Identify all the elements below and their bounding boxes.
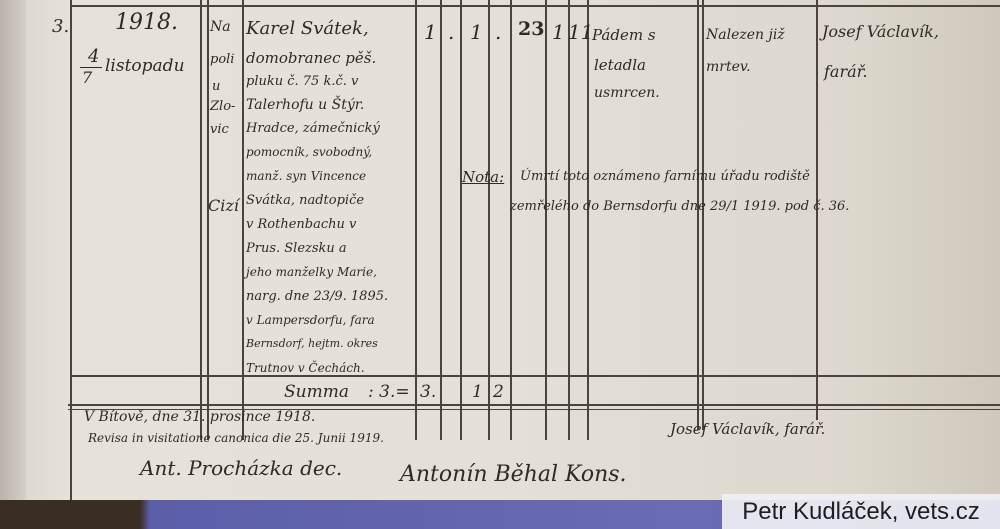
deceased-line: Svátka, nadtopiče	[246, 194, 364, 207]
summary-label: Summa	[284, 384, 349, 401]
place-line: vic	[210, 123, 229, 136]
priest-name: Josef Václavík,	[822, 24, 939, 40]
column-rule	[510, 0, 512, 440]
column-rule	[460, 0, 462, 440]
column-rule	[200, 0, 202, 440]
place-line: Na	[210, 20, 231, 34]
deceased-line: Trutnov v Čechách.	[246, 362, 365, 374]
register-page: 3. 1918. 4 7 listopadu Na poli u Zlo- vi…	[0, 0, 1000, 512]
column-rule	[587, 0, 589, 440]
deceased-line: Karel Svátek,	[246, 20, 369, 38]
deceased-line: manž. syn Vincence	[246, 170, 366, 182]
column-rule	[207, 0, 209, 440]
numeric-cell: .	[495, 22, 501, 42]
column-rule	[545, 0, 547, 440]
cause-line: usmrcen.	[594, 86, 660, 100]
death-time: 7	[82, 70, 92, 86]
summary-top-rule	[70, 375, 1000, 377]
summary-value: 1	[472, 384, 483, 401]
deceased-line: domobranec pěš.	[246, 51, 376, 66]
priest-title: farář.	[824, 64, 868, 80]
column-rule	[242, 0, 244, 440]
summary-value: 3.	[420, 384, 436, 401]
remarks-line: mrtev.	[706, 60, 751, 74]
entry-year: 1918.	[115, 12, 178, 34]
signature-consultor: Antonín Běhal Kons.	[400, 464, 627, 486]
deceased-line: Bernsdorf, hejtm. okres	[246, 338, 378, 349]
column-rule	[415, 0, 417, 440]
deceased-line: Talerhofu u Štýr.	[246, 98, 364, 112]
photo-credit: Petr Kudláček, vets.cz	[722, 494, 1000, 529]
column-rule	[568, 0, 570, 440]
numeric-cell: .	[448, 22, 454, 42]
deceased-line: jeho manželky Marie,	[246, 266, 377, 278]
numeric-cell: 11	[568, 22, 593, 42]
numeric-cell: 1	[552, 22, 565, 42]
summary-value: : 3.=	[368, 384, 410, 401]
summary-value: 2	[493, 384, 504, 401]
column-rule	[488, 0, 490, 440]
cause-line: Pádem s	[592, 28, 656, 43]
note-label: Nota:	[462, 170, 504, 185]
column-rule	[70, 0, 72, 512]
numeric-cell: 1	[470, 22, 483, 42]
revision-line: Revisa in visitatione canonica die 25. J…	[88, 432, 384, 444]
death-month: listopadu	[105, 58, 185, 75]
place-line: poli	[210, 53, 234, 66]
deceased-line: pomocník, svobodný,	[246, 146, 372, 158]
deceased-line: Hradce, zámečnický	[246, 122, 380, 135]
column-rule	[702, 0, 704, 430]
cause-line: letadla	[594, 58, 646, 73]
page-binding-edge	[0, 0, 26, 512]
deceased-line: narg. dne 23/9. 1895.	[246, 290, 388, 303]
remarks-line: Nalezen již	[706, 28, 785, 42]
entry-number: 3.	[52, 18, 69, 36]
deceased-line: v Lampersdorfu, fara	[246, 314, 375, 326]
column-rule	[697, 0, 699, 430]
note-line-2: zemřelého do Bernsdorfu dne 29/1 1919. p…	[510, 200, 849, 213]
numeric-cell: 23	[518, 20, 544, 39]
column-rule	[440, 0, 442, 440]
place-line: Zlo-	[210, 100, 235, 113]
summary-bottom-rule	[68, 404, 1000, 406]
deceased-line: v Rothenbachu v	[246, 218, 356, 231]
closing-line: V Bítově, dne 31. prosince 1918.	[84, 410, 315, 424]
deceased-line: pluku č. 75 k.č. v	[246, 75, 358, 88]
place-line: u	[212, 80, 220, 93]
deceased-line: Prus. Slezsku a	[246, 242, 347, 255]
status-text: Cizí	[208, 198, 239, 214]
signature-dean: Ant. Procházka dec.	[140, 458, 342, 478]
closing-signature: Josef Václavík, farář.	[670, 422, 825, 437]
numeric-cell: 1	[424, 22, 437, 42]
death-day: 4	[88, 48, 99, 66]
note-line-1: Úmrtí toto oznámeno farnímu úřadu rodišt…	[520, 170, 810, 183]
top-rule	[70, 5, 1000, 7]
